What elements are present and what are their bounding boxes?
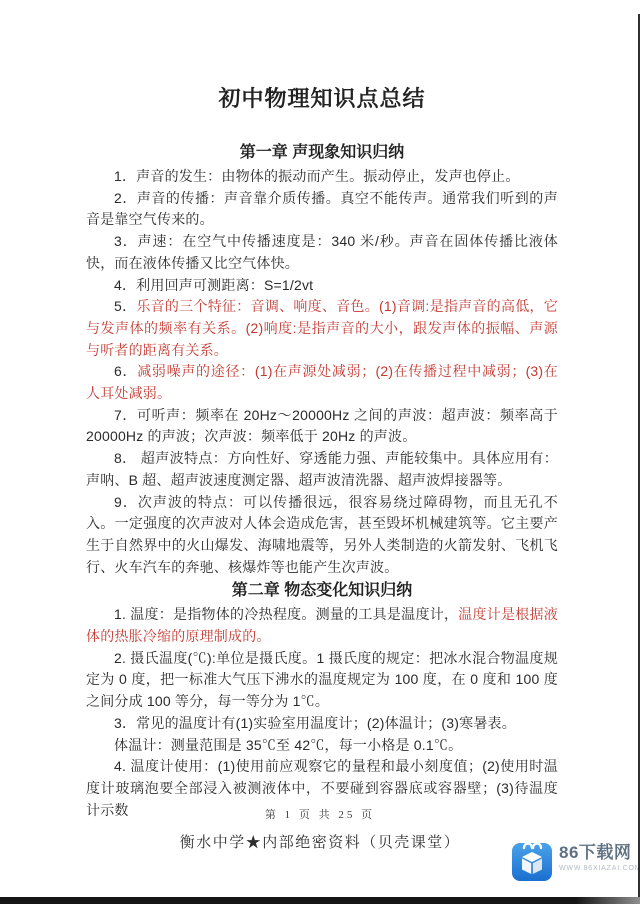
paragraph: 体温计：测量范围是 35℃至 42℃，每一小格是 0.1℃。 bbox=[86, 735, 558, 757]
chapter-heading: 第一章 声现象知识归纳 bbox=[86, 142, 558, 164]
watermark-site-name: 86下载网 bbox=[559, 844, 640, 862]
text-segment: 2. 摄氏温度(℃):单位是摄氏度。1 摄氏度的规定：把冰水混合物温度规定为 0… bbox=[86, 650, 558, 709]
text-segment: 体温计：测量范围是 35℃至 42℃，每一小格是 0.1℃。 bbox=[114, 737, 462, 753]
highlight-red-text: 减弱噪声的途径：(1)在声源处减弱；(2)在传播过程中减弱；(3)在人耳处减弱。 bbox=[86, 363, 558, 401]
paragraph: 2．声音的传播：声音靠介质传播。真空不能传声。通常我们听到的声音是靠空气传来的。 bbox=[86, 188, 558, 231]
paragraph: 6．减弱噪声的途径：(1)在声源处减弱；(2)在传播过程中减弱；(3)在人耳处减… bbox=[86, 361, 558, 404]
document-body: 初中物理知识点总结 第一章 声现象知识归纳1．声音的发生：由物体的振动而产生。振… bbox=[0, 0, 640, 821]
paragraph: 4．利用回声可测距离：S=1/2vt bbox=[86, 275, 558, 297]
text-segment: 8． 超声波特点：方向性好、穿透能力强、声能较集中。具体应用有：声呐、B 超、超… bbox=[86, 450, 558, 488]
text-segment: 1．声音的发生：由物体的振动而产生。振动停止，发声也停止。 bbox=[114, 168, 520, 184]
paragraph: 1．声音的发生：由物体的振动而产生。振动停止，发声也停止。 bbox=[86, 166, 558, 188]
page-edge-bottom bbox=[0, 897, 640, 904]
text-segment: 3．常见的温度计有(1)实验室用温度计；(2)体温计；(3)寒暑表。 bbox=[114, 715, 516, 731]
paragraph: 1. 温度：是指物体的冷热程度。测量的工具是温度计，温度计是根据液体的热胀冷缩的… bbox=[86, 604, 558, 647]
document-page: 初中物理知识点总结 第一章 声现象知识归纳1．声音的发生：由物体的振动而产生。振… bbox=[0, 0, 640, 904]
paragraph: 8． 超声波特点：方向性好、穿透能力强、声能较集中。具体应用有：声呐、B 超、超… bbox=[86, 448, 558, 491]
text-segment: 1. 温度：是指物体的冷热程度。测量的工具是温度计， bbox=[114, 606, 458, 622]
watermark-text: 86下载网 WWW.86XIAZAI.COM bbox=[559, 844, 640, 872]
paragraph: 5．乐音的三个特征：音调、响度、音色。(1)音调:是指声音的高低，它与发声体的频… bbox=[86, 296, 558, 361]
page-number: 第 1 页 共 25 页 bbox=[0, 806, 640, 822]
highlight-red-text: 乐音的三个特征：音调、响度、音色。(1)音调:是指声音的高低，它与发声体的频率有… bbox=[86, 298, 558, 357]
paragraph: 3．声速：在空气中传播速度是：340 米/秒。声音在固体传播比液体快，而在液体传… bbox=[86, 231, 558, 274]
text-segment: 5． bbox=[114, 298, 136, 314]
text-segment: 2．声音的传播：声音靠介质传播。真空不能传声。通常我们听到的声音是靠空气传来的。 bbox=[86, 190, 558, 228]
download-box-icon bbox=[512, 840, 552, 882]
chapter-heading: 第二章 物态变化知识归纳 bbox=[86, 580, 558, 602]
text-segment: 4．利用回声可测距离：S=1/2vt bbox=[114, 277, 313, 293]
paragraph: 9．次声波的特点：可以传播很远，很容易绕过障碍物，而且无孔不入。一定强度的次声波… bbox=[86, 492, 558, 579]
watermark: 86下载网 WWW.86XIAZAI.COM bbox=[512, 840, 640, 882]
paragraph: 3．常见的温度计有(1)实验室用温度计；(2)体温计；(3)寒暑表。 bbox=[86, 713, 558, 735]
page-title: 初中物理知识点总结 bbox=[86, 86, 558, 112]
paragraph: 7．可听声：频率在 20Hz～20000Hz 之间的声波：超声波：频率高于 20… bbox=[86, 405, 558, 448]
text-segment: 9．次声波的特点：可以传播很远，很容易绕过障碍物，而且无孔不入。一定强度的次声波… bbox=[86, 494, 558, 575]
paragraph: 2. 摄氏温度(℃):单位是摄氏度。1 摄氏度的规定：把冰水混合物温度规定为 0… bbox=[86, 648, 558, 713]
text-segment: 6． bbox=[114, 363, 137, 379]
text-segment: 3．声速：在空气中传播速度是：340 米/秒。声音在固体传播比液体快，而在液体传… bbox=[86, 233, 558, 271]
text-segment: 7．可听声：频率在 20Hz～20000Hz 之间的声波：超声波：频率高于 20… bbox=[86, 407, 558, 445]
watermark-site-url: WWW.86XIAZAI.COM bbox=[559, 865, 640, 872]
